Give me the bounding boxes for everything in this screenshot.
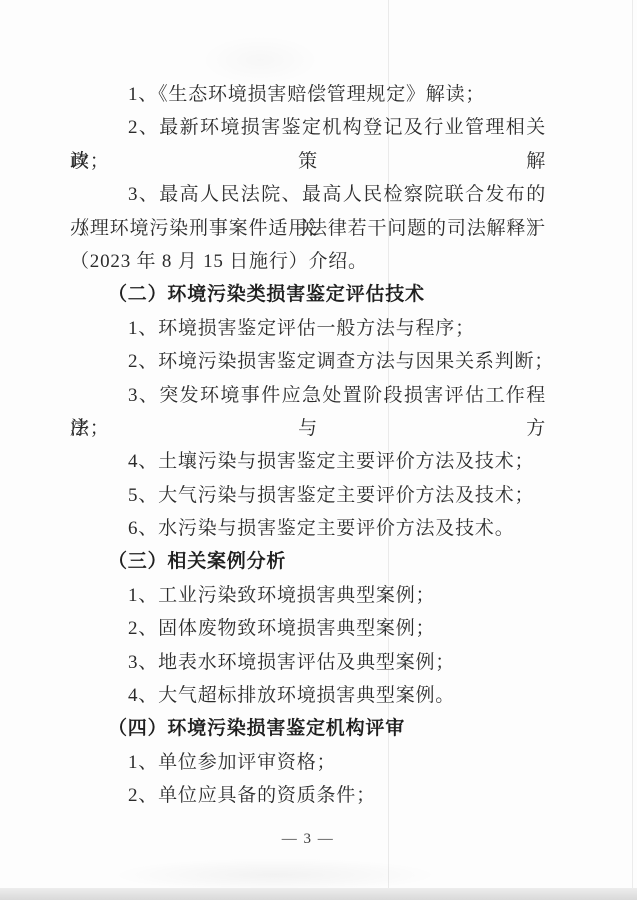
page-number: — 3 — xyxy=(70,831,546,848)
continuation-line: 办理环境污染刑事案件适用法律若干问题的司法解释》 xyxy=(70,212,546,245)
list-item-line: 1、《生态环境损害赔偿管理规定》解读； xyxy=(70,78,546,111)
list-item-line: 5、大气污染与损害鉴定主要评价方法及技术； xyxy=(70,479,546,512)
list-item-line: 1、工业污染致环境损害典型案例； xyxy=(70,579,546,612)
list-item-line: 6、水污染与损害鉴定主要评价方法及技术。 xyxy=(70,512,546,545)
continuation-line: （2023 年 8 月 15 日施行）介绍。 xyxy=(70,245,546,278)
list-item-line: 4、土壤污染与损害鉴定主要评价方法及技术； xyxy=(70,445,546,478)
list-item-line: 4、大气超标排放环境损害典型案例。 xyxy=(70,679,546,712)
list-item-line: 2、单位应具备的资质条件； xyxy=(70,779,546,812)
scan-bottom-edge xyxy=(0,888,637,900)
list-item-line: 3、最高人民法院、最高人民检察院联合发布的《关于 xyxy=(70,178,546,211)
section-heading: （三）相关案例分析 xyxy=(70,545,546,578)
document-body: 1、《生态环境损害赔偿管理规定》解读； 2、最新环境损害鉴定机构登记及行业管理相… xyxy=(70,78,546,813)
scanned-document-page: 1、《生态环境损害赔偿管理规定》解读； 2、最新环境损害鉴定机构登记及行业管理相… xyxy=(0,0,637,900)
list-item-line: 2、最新环境损害鉴定机构登记及行业管理相关政策解 xyxy=(70,111,546,144)
section-heading: （二）环境污染类损害鉴定评估技术 xyxy=(70,278,546,311)
list-item-line: 2、环境污染损害鉴定调查方法与因果关系判断； xyxy=(70,345,546,378)
list-item-line: 2、固体废物致环境损害典型案例； xyxy=(70,612,546,645)
list-item-line: 1、环境损害鉴定评估一般方法与程序； xyxy=(70,312,546,345)
paper-right-edge xyxy=(632,0,633,888)
scan-smudge xyxy=(110,858,440,892)
list-item-line: 3、地表水环境损害评估及典型案例； xyxy=(70,646,546,679)
list-item-line: 1、单位参加评审资格； xyxy=(70,746,546,779)
section-heading: （四）环境污染损害鉴定机构评审 xyxy=(70,712,546,745)
list-item-line: 3、突发环境事件应急处置阶段损害评估工作程序与方 xyxy=(70,379,546,412)
